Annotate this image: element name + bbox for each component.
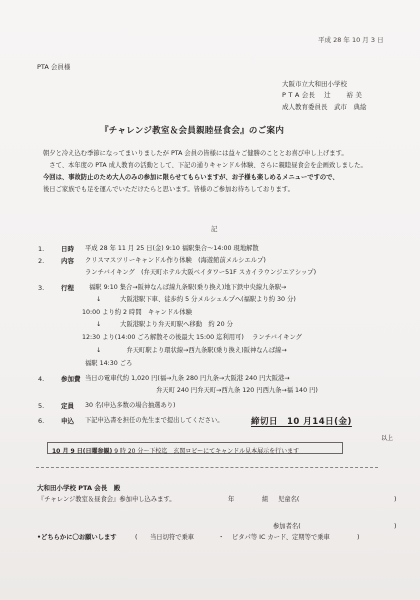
item-label-apply: 申込 <box>61 418 74 425</box>
sender-president: P T A 会長 辻 裕 美 <box>282 92 362 99</box>
item-value: 平成 28 年 11 月 25 日(金) 9:10 福駅集合～14:00 現地解… <box>85 246 259 252</box>
itinerary-line: ↓ 弁天町駅より環状線→西九条駅(乗り換え)阪神なんば線→ <box>96 348 287 354</box>
item-label-datetime: 日時 <box>61 246 74 253</box>
sender-committee: 成人教育委員長 武市 典絵 <box>282 104 367 111</box>
item-number: 6. <box>38 418 44 425</box>
child-name-close: ) <box>394 497 396 503</box>
item-number: 5. <box>38 403 44 410</box>
item-value: 弁天町 240 円弁天町→西九条 120 円西九条→福 140 円) <box>156 388 318 394</box>
itinerary-line: ↓ 大阪港駅より弁天町駅へ移動 約 20 分 <box>96 322 233 328</box>
item-value: 下記申込書を担任の先生まで提出してください。 <box>85 418 224 424</box>
participant-name-close: ) <box>394 524 396 530</box>
itinerary-line: 10:00 より約 2 時間 キャンドル体験 <box>82 310 192 316</box>
choose-instruction: •どちらかに〇お願いします <box>37 535 117 541</box>
child-name-field[interactable]: 児童名( <box>278 497 299 503</box>
item-label-fee: 参加費 <box>61 376 81 383</box>
notice-detail: 9 時 20 分～下校迄 玄関ロビーにてキャンドル見本展示を行います <box>112 448 299 455</box>
addressee: PTA 会員様 <box>37 64 70 71</box>
item-label-capacity: 定員 <box>61 403 74 410</box>
notice-text: 10 月 9 日(日曜参観) 9 時 20 分～下校迄 玄関ロビーにてキャンドル… <box>52 446 299 455</box>
sender-school: 大阪市立大和田小学校 <box>282 81 347 88</box>
item-label-content: 内容 <box>61 258 74 265</box>
item-number: 3. <box>38 285 44 292</box>
itinerary-line: 福駅 14:30 ごろ <box>85 361 132 367</box>
item-number: 4. <box>38 376 44 383</box>
notice-box: 10 月 9 日(日曜参観) 9 時 20 分～下校迄 玄関ロビーにてキャンドル… <box>47 442 343 454</box>
grade-label: 年 <box>228 497 234 503</box>
item-value: 当日の電車代約 1,020 円(福→九条 280 円九条→大阪港 240 円大阪… <box>85 376 290 382</box>
option-ic-card[interactable]: ピタパ等 IC カード、定期等で乗車 <box>232 535 330 541</box>
item-value: 30 名(申込多数の場合抽選あり) <box>85 403 176 409</box>
itinerary-line: 福駅 9:10 集合→阪神なんば線九条駅(乗り換え)地下鉄中央線九条駅→ <box>89 285 286 291</box>
option-ticket[interactable]: 当日切符で乗車 <box>150 535 194 541</box>
participant-name-field[interactable]: 参加者名( <box>273 524 301 530</box>
class-label: 組 <box>262 497 268 503</box>
closing-ijou: 以上 <box>381 436 393 442</box>
itinerary-line: 12:30 より(14:00 ごろ解散その後最大 15:00 迄利用可) ランチ… <box>82 335 302 341</box>
ki-heading: 記 <box>211 226 218 233</box>
cut-line <box>36 467 378 468</box>
item-number: 1. <box>38 246 44 253</box>
item-value: ランチバイキング (弁天町ホテル大阪ベイタワー51F スカイラウンジエアシップ) <box>85 270 316 276</box>
item-label-itinerary: 行程 <box>61 285 74 292</box>
body-paragraph-line: 今回は、事故防止のため大人のみの参加に限らせてもらいますが、お子様も楽しめるメニ… <box>43 175 339 181</box>
choice-open-paren: ( <box>135 535 137 541</box>
body-paragraph-line: 後日ご家族でも足を運んでいただけたらと思います。皆様のご参加お待ちしております。 <box>43 187 294 193</box>
choice-close-paren: ) <box>357 535 359 541</box>
notice-date: 10 月 9 日(日曜参観) <box>52 448 112 455</box>
body-paragraph-line: 朝夕と冷え込む季節になってまいりましたが PTA 会員の皆様には益々ご健勝のこと… <box>43 151 348 157</box>
form-apply-text: 『チャレンジ教室＆昼食会』参加申し込みます。 <box>38 497 176 503</box>
issue-date: 平成 28 年 10 月 3 日 <box>318 37 384 44</box>
form-addressee: 大和田小学校 PTA 会長 殿 <box>37 485 120 492</box>
item-number: 2. <box>38 258 44 265</box>
document-title: 『チャレンジ教室＆会員親睦昼食会』のご案内 <box>100 127 284 136</box>
option-separator: ・ <box>218 535 224 541</box>
body-paragraph-line: さて、本年度の PTA 成人教育の活動として、下記の通りキャンドル体験、さらに親… <box>43 163 367 169</box>
deadline: 締切日 10 月14日(金) <box>251 415 352 427</box>
item-value: クリスマスツリーキャンドル作り体験 (海遊館前メルシエルプ) <box>85 258 266 264</box>
itinerary-line: ↓ 大阪港駅下車、徒歩約 5 分メルシェルプへ(福駅より約 30 分) <box>96 297 296 303</box>
